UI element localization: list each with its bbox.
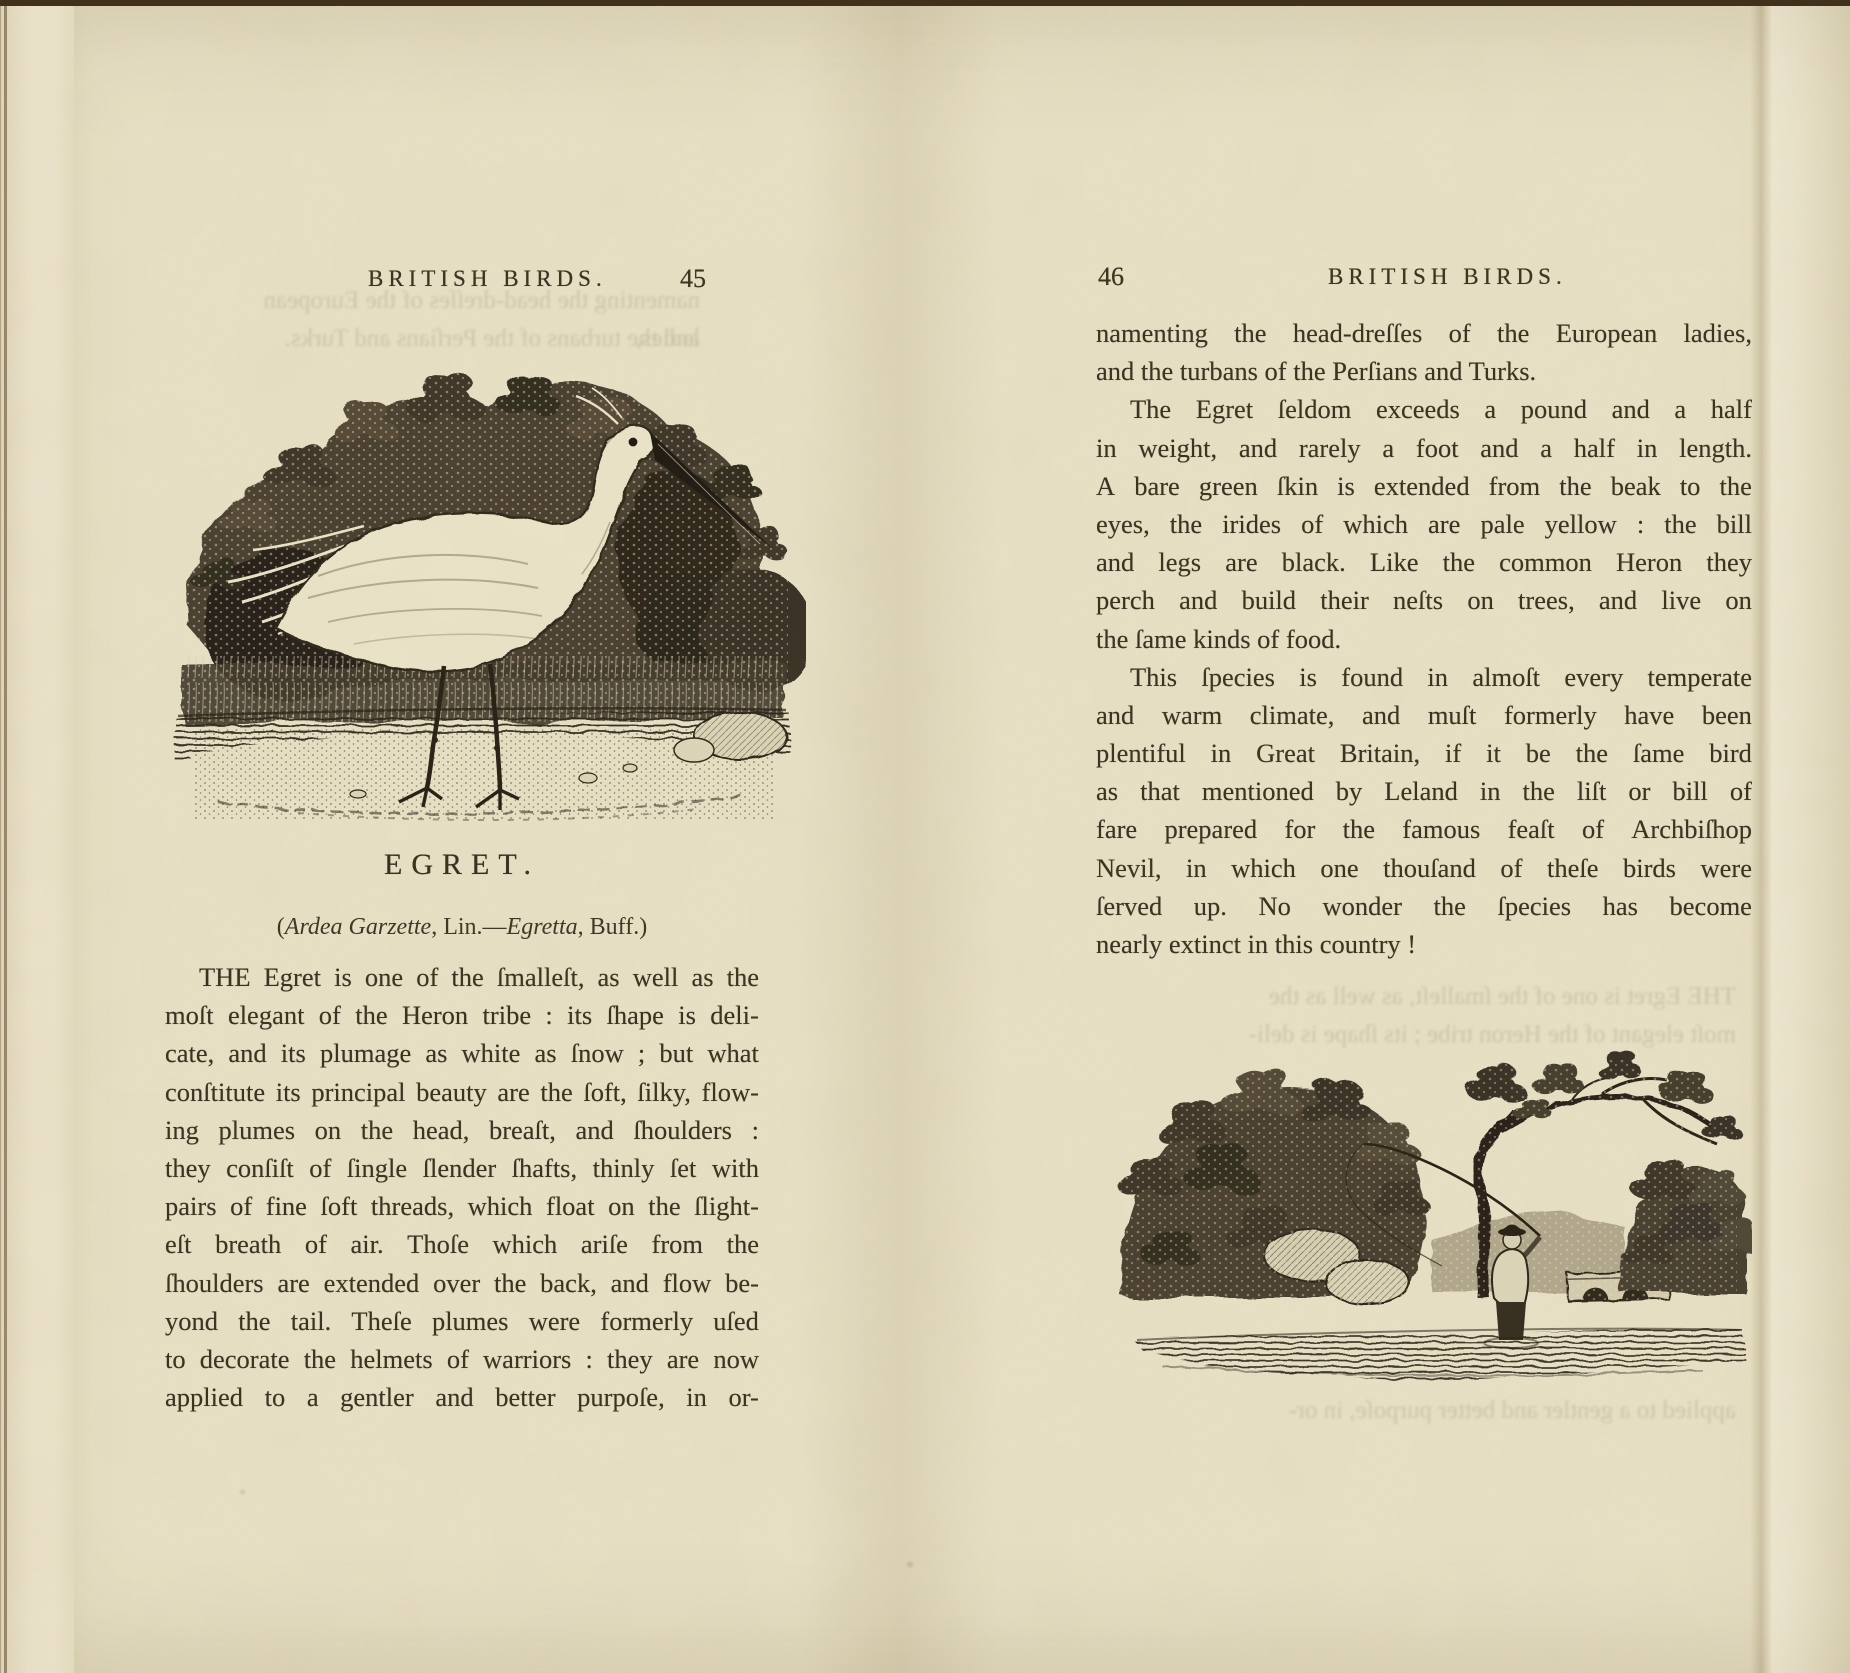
angler-waders: [1496, 1302, 1526, 1340]
text-line: THEEgretisoneoftheſmalleſt,aswellasthe: [165, 958, 759, 996]
text-line: eſtbreathofair.Thoſewhichariſefromthe: [165, 1225, 759, 1263]
page-number-46: 46: [1098, 262, 1124, 292]
page-46: 46 BRITISH BIRDS. namentingthehead-dreſſ…: [1090, 250, 1780, 1560]
foliage-speckle: [1117, 1060, 1737, 1310]
text-line: farepreparedforthefamousfeaſtofArchbiſho…: [1096, 810, 1752, 848]
species-citation-segment: Ardea Garzette: [285, 914, 431, 940]
text-line: appliedtoagentlerandbetterpurpoſe,inor-: [165, 1378, 759, 1416]
book-fore-edge: [0, 0, 74, 1673]
river: [1132, 1328, 1747, 1382]
text-line: ſervedup.Nowondertheſpecieshasbecome: [1096, 887, 1752, 925]
text-line: ſhouldersareextendedovertheback,andflowb…: [165, 1264, 759, 1302]
text-line: Nevil,inwhichonethouſandoftheſebirdswere: [1096, 849, 1752, 887]
text-line: andwarmclimate,andmuſtformerlyhavebeen: [1096, 696, 1752, 734]
egret-eye: [629, 438, 638, 447]
text-line: ingplumesonthehead,breaſt,andſhoulders:: [165, 1111, 759, 1149]
foreground-bank: [188, 712, 786, 820]
text-line: yondthetail.Theſeplumeswereformerlyuſed: [165, 1302, 759, 1340]
text-line: cate,anditsplumageaswhiteasſnow;butwhat: [165, 1034, 759, 1072]
text-line: pairsoffineſoftthreads,whichfloatontheſl…: [165, 1187, 759, 1225]
running-head-right: BRITISH BIRDS.: [1328, 264, 1567, 290]
body-text-left: THEEgretisoneoftheſmalleſt,aswellasthemo…: [165, 958, 759, 1416]
text-line: and the turbans of the Perſians and Turk…: [1096, 352, 1752, 390]
egret-woodcut-illustration: [158, 326, 806, 824]
angler-shirt: [1492, 1249, 1528, 1308]
text-line: inweight,andrarelyafootandahalfinlength.: [1096, 429, 1752, 467]
text-line: Thisſpeciesisfoundinalmoſteverytemperate: [1096, 658, 1752, 696]
species-citation-segment: , Buff.): [578, 914, 648, 940]
text-line: plentifulinGreatBritain,ifitbetheſamebir…: [1096, 734, 1752, 772]
text-line: conſtituteitsprincipalbeautyaretheſoft,ſ…: [165, 1073, 759, 1111]
section-title: EGRET.: [165, 848, 759, 882]
foxing-spot: [905, 1560, 915, 1569]
text-line: namentingthehead-dreſſesoftheEuropeanlad…: [1096, 314, 1752, 352]
text-line: nearly extinct in this country !: [1096, 925, 1752, 963]
text-line: TheEgretſeldomexceedsapoundandahalf: [1096, 390, 1752, 428]
text-line: perchandbuildtheirneſtsontrees,andliveon: [1096, 581, 1752, 619]
page-number-45: 45: [680, 264, 706, 294]
text-line: eyes,theiridesofwhicharepaleyellow:thebi…: [1096, 505, 1752, 543]
text-line: andlegsareblack.LikethecommonHeronthey: [1096, 543, 1752, 581]
text-line: the ſame kinds of food.: [1096, 620, 1752, 658]
book-top-edge: [0, 0, 1850, 6]
species-citation: (Ardea Garzette, Lin.—Egretta, Buff.): [165, 914, 759, 941]
text-line: theyconſiſtofſingleſlenderſhafts,thinlyſ…: [165, 1149, 759, 1187]
page-45: BRITISH BIRDS. 45 namenting the head-dre…: [120, 250, 820, 1510]
text-line: Abaregreenſkinisextendedfromthebeaktothe: [1096, 467, 1752, 505]
species-citation-segment: Egretta: [507, 914, 578, 940]
angler-tailpiece-illustration: [1102, 1040, 1752, 1412]
text-line: asthatmentionedbyLelandintheliſtorbillof: [1096, 772, 1752, 810]
book-spread-scan: BRITISH BIRDS. 45 namenting the head-dre…: [0, 0, 1850, 1673]
running-head-left: BRITISH BIRDS.: [368, 266, 607, 292]
fore-edge-hairline: [0, 0, 1, 1673]
species-citation-segment: (: [277, 914, 285, 940]
text-line: moſtelegantoftheHerontribe:itsſhapeisdel…: [165, 996, 759, 1034]
fore-edge-crease: [4, 0, 7, 1673]
body-text-right: namentingthehead-dreſſesoftheEuropeanlad…: [1096, 314, 1752, 963]
species-citation-segment: , Lin.—: [431, 914, 506, 940]
text-line: todecoratethehelmetsofwarriors:theyareno…: [165, 1340, 759, 1378]
